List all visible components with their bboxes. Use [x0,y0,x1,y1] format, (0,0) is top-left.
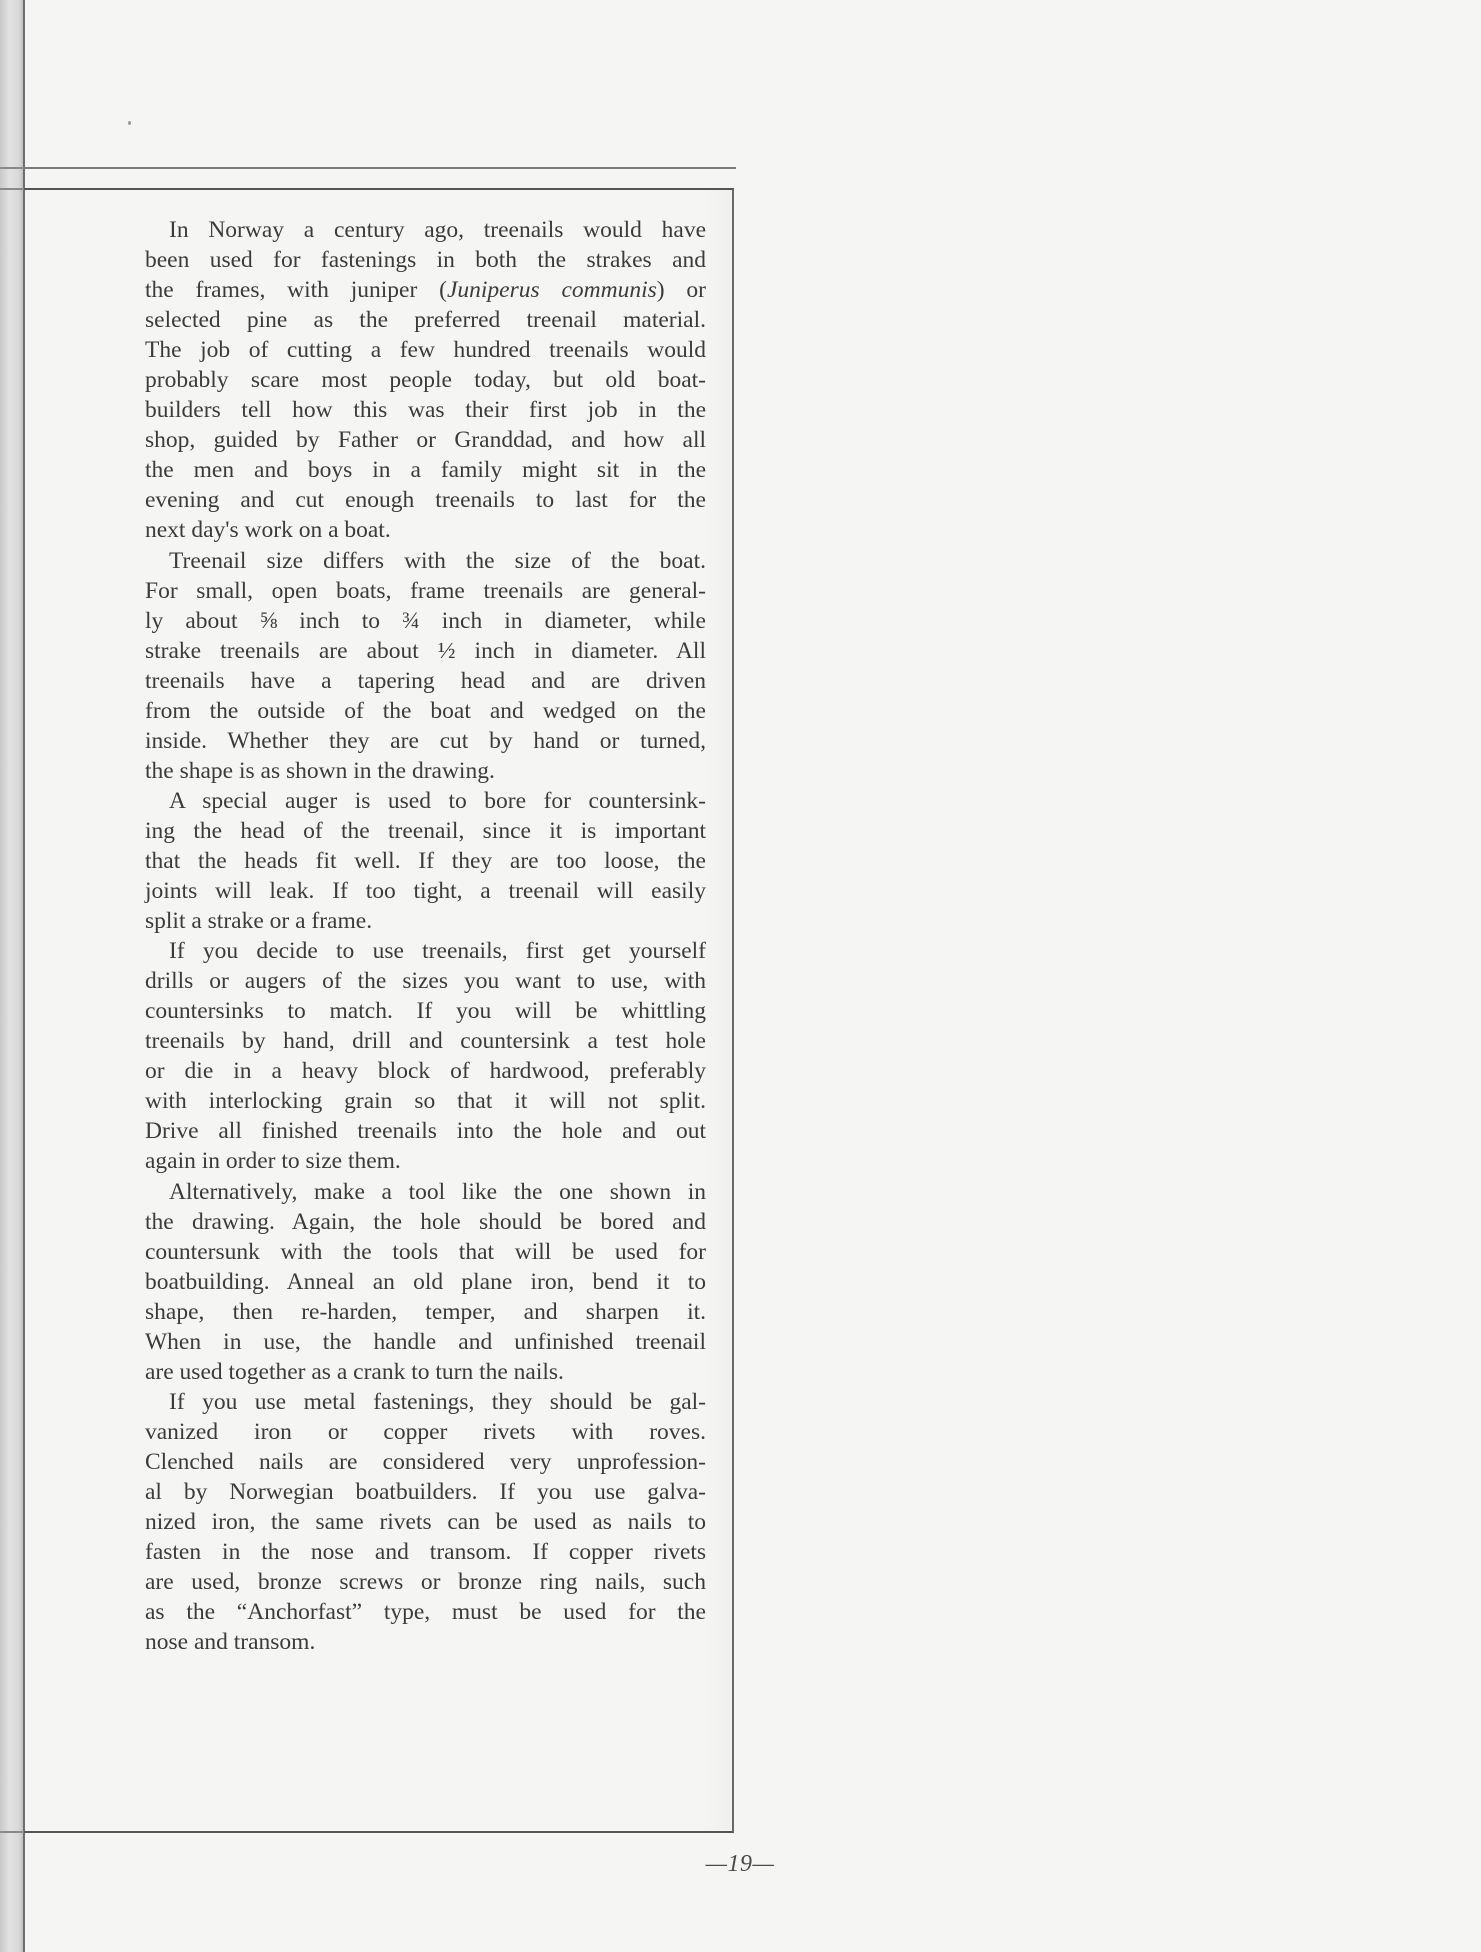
text-line: inside. Whether they are cut by hand or … [145,726,706,756]
text-line: Treenail size differs with the size of t… [145,546,706,576]
text-line: are used, bronze screws or bronze ring n… [145,1567,706,1597]
paragraph: A special auger is used to bore for coun… [145,786,706,936]
show-through-title [760,410,783,516]
page-number: —19— [640,1851,840,1878]
text-line: with interlocking grain so that it will … [145,1086,706,1116]
text-line: the men and boys in a family might sit i… [145,455,706,485]
paragraph: If you decide to use treenails, first ge… [145,936,706,1176]
text-line: the shape is as shown in the drawing. [145,756,706,786]
text-line: Alternatively, make a tool like the one … [145,1177,706,1207]
text-line: countersinks to match. If you will be wh… [145,996,706,1026]
text-line: shop, guided by Father or Granddad, and … [145,425,706,455]
paragraph: If you use metal fastenings, they should… [145,1387,706,1657]
paragraph: Treenail size differs with the size of t… [145,546,706,786]
binding-rule-tick [0,167,24,169]
text-line: shape, then re-harden, temper, and sharp… [145,1297,706,1327]
text-line: as the “Anchorfast” type, must be used f… [145,1597,706,1627]
text-line: ing the head of the treenail, since it i… [145,816,706,846]
text-line: the frames, with juniper (Juniperus comm… [145,275,706,305]
text-line: If you use metal fastenings, they should… [145,1387,706,1417]
paragraph: In Norway a century ago, treenails would… [145,215,706,546]
paragraph: Alternatively, make a tool like the one … [145,1177,706,1387]
text-line: again in order to size them. [145,1146,706,1176]
text-line: builders tell how this was their first j… [145,395,706,425]
text-line: joints will leak. If too tight, a treena… [145,876,706,906]
text-line: vanized iron or copper rivets with roves… [145,1417,706,1447]
text-line: evening and cut enough treenails to last… [145,485,706,515]
text-line: nized iron, the same rivets can be used … [145,1507,706,1537]
text-line: For small, open boats, frame treenails a… [145,576,706,606]
text-line: If you decide to use treenails, first ge… [145,936,706,966]
text-line: treenails have a tapering head and are d… [145,666,706,696]
text-line: In Norway a century ago, treenails would… [145,215,706,245]
page-binding-edge [0,0,24,1952]
text-line: treenails by hand, drill and countersink… [145,1026,706,1056]
show-through-heading [840,90,856,161]
text-line: probably scare most people today, but ol… [145,365,706,395]
text-line: The job of cutting a few hundred treenai… [145,335,706,365]
body-text: In Norway a century ago, treenails would… [145,215,706,1657]
text-line: Drive all finished treenails into the ho… [145,1116,706,1146]
text-line: al by Norwegian boatbuilders. If you use… [145,1477,706,1507]
italic-species-name: Juniperus communis [447,277,657,303]
text-line: When in use, the handle and unfinished t… [145,1327,706,1357]
text-line: drills or augers of the sizes you want t… [145,966,706,996]
text-line: from the outside of the boat and wedged … [145,696,706,726]
header-rule [24,167,736,169]
text-line: ly about ⅝ inch to ¾ inch in diameter, w… [145,606,706,636]
text-line: the drawing. Again, the hole should be b… [145,1207,706,1237]
text-line: that the heads fit well. If they are too… [145,846,706,876]
text-line: A special auger is used to bore for coun… [145,786,706,816]
text-line: fasten in the nose and transom. If coppe… [145,1537,706,1567]
text-line: Clenched nails are considered very unpro… [145,1447,706,1477]
text-line: strake treenails are about ½ inch in dia… [145,636,706,666]
text-line: boatbuilding. Anneal an old plane iron, … [145,1267,706,1297]
text-line: countersunk with the tools that will be … [145,1237,706,1267]
text-line: next day's work on a boat. [145,515,706,545]
text-line: are used together as a crank to turn the… [145,1357,706,1387]
binding-rule-tick [0,1831,24,1833]
text-line: split a strake or a frame. [145,906,706,936]
text-line: or die in a heavy block of hardwood, pre… [145,1056,706,1086]
paper-speck [128,121,131,125]
binding-rule-tick [0,188,24,190]
text-line: been used for fastenings in both the str… [145,245,706,275]
text-line: selected pine as the preferred treenail … [145,305,706,335]
text-line: nose and transom. [145,1627,706,1657]
